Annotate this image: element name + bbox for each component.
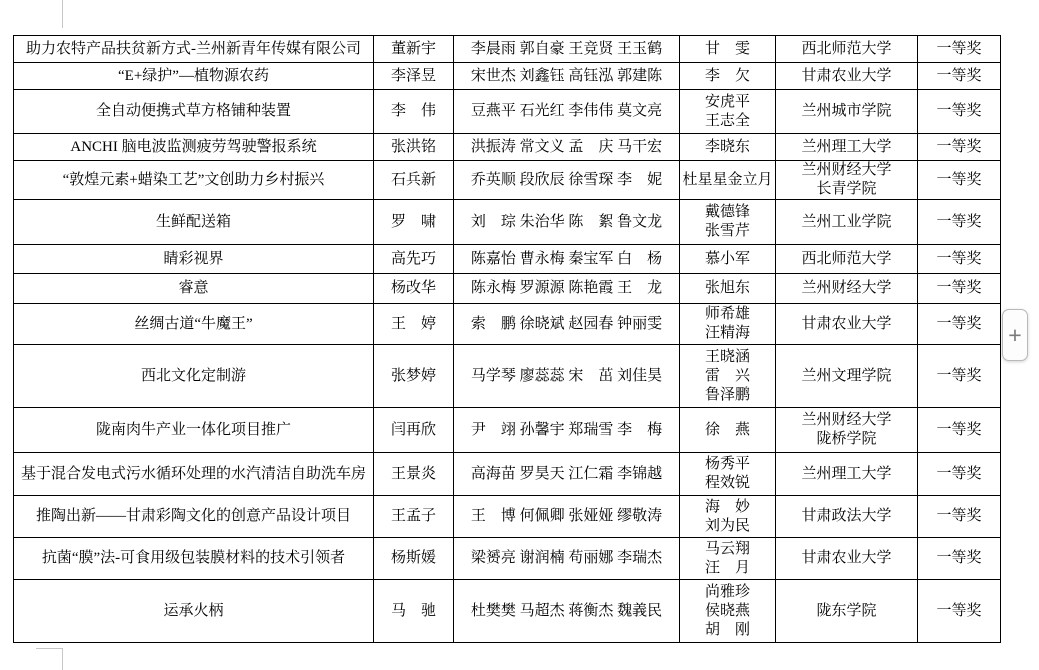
members-cell[interactable]: 洪振涛 常文义 孟 庆 马干宏: [454, 134, 680, 161]
advisors-cell[interactable]: 慕小军: [680, 245, 776, 274]
project-cell[interactable]: 基于混合发电式污水循环处理的水汽清洁自助洗车房: [14, 453, 374, 496]
text-boundary-mark-top: [62, 0, 63, 28]
members-cell[interactable]: 梁赟亮 谢润楠 苟丽娜 李瑞杰: [454, 538, 680, 580]
table-row: 生鲜配送箱罗 啸刘 琮 朱治华 陈 絮 鲁文龙戴德锋 张雪芹兰州工业学院一等奖: [14, 200, 1001, 245]
project-cell[interactable]: 生鲜配送箱: [14, 200, 374, 245]
advisors-cell[interactable]: 王晓涵 雷 兴 鲁泽鹏: [680, 345, 776, 408]
leader-cell[interactable]: 马 驰: [374, 580, 454, 643]
university-cell[interactable]: 兰州文理学院: [776, 345, 918, 408]
award-cell[interactable]: 一等奖: [918, 580, 1001, 643]
university-cell[interactable]: 甘肃农业大学: [776, 63, 918, 90]
award-cell[interactable]: 一等奖: [918, 245, 1001, 274]
table-row: 运承火柄马 驰杜樊樊 马超杰 蒋衡杰 魏義民尚雅珍 侯晓燕 胡 刚陇东学院一等奖: [14, 580, 1001, 643]
leader-cell[interactable]: 李 伟: [374, 90, 454, 134]
leader-cell[interactable]: 闫再欣: [374, 408, 454, 453]
leader-cell[interactable]: 王孟子: [374, 496, 454, 538]
table-row: 抗菌“膜”法-可食用级包装膜材料的技术引领者杨斯媛梁赟亮 谢润楠 苟丽娜 李瑞杰…: [14, 538, 1001, 580]
members-cell[interactable]: 陈嘉怡 曹永梅 秦宝军 白 杨: [454, 245, 680, 274]
university-cell[interactable]: 甘肃农业大学: [776, 304, 918, 345]
award-cell[interactable]: 一等奖: [918, 134, 1001, 161]
members-cell[interactable]: 李晨雨 郭自豪 王竞贤 王玉鹤: [454, 36, 680, 63]
advisors-cell[interactable]: 安虎平 王志全: [680, 90, 776, 134]
leader-cell[interactable]: 王景炎: [374, 453, 454, 496]
project-cell[interactable]: 推陶出新——甘肃彩陶文化的创意产品设计项目: [14, 496, 374, 538]
university-cell[interactable]: 甘肃农业大学: [776, 538, 918, 580]
project-cell[interactable]: 睿意: [14, 274, 374, 304]
advisors-cell[interactable]: 李晓东: [680, 134, 776, 161]
university-cell[interactable]: 陇东学院: [776, 580, 918, 643]
university-cell[interactable]: 兰州财经大学: [776, 274, 918, 304]
project-cell[interactable]: 运承火柄: [14, 580, 374, 643]
table-row: 丝绸古道“牛魔王”王 婷索 鹏 徐晓斌 赵园春 钟丽雯师希雄 汪精海甘肃农业大学…: [14, 304, 1001, 345]
leader-cell[interactable]: 石兵新: [374, 161, 454, 200]
university-cell[interactable]: 兰州财经大学 长青学院: [776, 161, 918, 200]
award-cell[interactable]: 一等奖: [918, 63, 1001, 90]
project-cell[interactable]: 西北文化定制游: [14, 345, 374, 408]
leader-cell[interactable]: 张梦婷: [374, 345, 454, 408]
university-cell[interactable]: 兰州城市学院: [776, 90, 918, 134]
project-cell[interactable]: 丝绸古道“牛魔王”: [14, 304, 374, 345]
plus-icon: +: [1008, 322, 1021, 349]
table-row: “敦煌元素+蜡染工艺”文创助力乡村振兴石兵新乔英顺 段欣辰 徐雪琛 李 妮杜星星…: [14, 161, 1001, 200]
university-cell[interactable]: 西北师范大学: [776, 245, 918, 274]
project-cell[interactable]: 陇南肉牛产业一体化项目推广: [14, 408, 374, 453]
award-cell[interactable]: 一等奖: [918, 200, 1001, 245]
advisors-cell[interactable]: 杨秀平 程效锐: [680, 453, 776, 496]
award-cell[interactable]: 一等奖: [918, 161, 1001, 200]
document-page: 助力农特产品扶贫新方式-兰州新青年传媒有限公司董新宇李晨雨 郭自豪 王竞贤 王玉…: [0, 0, 1039, 670]
advisors-cell[interactable]: 戴德锋 张雪芹: [680, 200, 776, 245]
members-cell[interactable]: 王 博 何佩卿 张娅娅 缪敬涛: [454, 496, 680, 538]
table-row: 陇南肉牛产业一体化项目推广闫再欣尹 翊 孙馨宇 郑瑞雪 李 梅徐 燕兰州财经大学…: [14, 408, 1001, 453]
leader-cell[interactable]: 高先巧: [374, 245, 454, 274]
leader-cell[interactable]: 王 婷: [374, 304, 454, 345]
award-cell[interactable]: 一等奖: [918, 274, 1001, 304]
leader-cell[interactable]: 张洪铭: [374, 134, 454, 161]
table-row: 睛彩视界高先巧陈嘉怡 曹永梅 秦宝军 白 杨慕小军西北师范大学一等奖: [14, 245, 1001, 274]
members-cell[interactable]: 宋世杰 刘鑫钰 高钰泓 郭建陈: [454, 63, 680, 90]
members-cell[interactable]: 马学琴 廖蕊蕊 宋 茁 刘佳昊: [454, 345, 680, 408]
award-cell[interactable]: 一等奖: [918, 408, 1001, 453]
advisors-cell[interactable]: 尚雅珍 侯晓燕 胡 刚: [680, 580, 776, 643]
members-cell[interactable]: 豆燕平 石光红 李伟伟 莫文亮: [454, 90, 680, 134]
margin-corner-mark: [62, 648, 63, 670]
award-cell[interactable]: 一等奖: [918, 496, 1001, 538]
table-row: 西北文化定制游张梦婷马学琴 廖蕊蕊 宋 茁 刘佳昊王晓涵 雷 兴 鲁泽鹏兰州文理…: [14, 345, 1001, 408]
award-cell[interactable]: 一等奖: [918, 304, 1001, 345]
university-cell[interactable]: 兰州财经大学 陇桥学院: [776, 408, 918, 453]
advisors-cell[interactable]: 杜星星金立月: [680, 161, 776, 200]
university-cell[interactable]: 兰州理工大学: [776, 453, 918, 496]
project-cell[interactable]: 抗菌“膜”法-可食用级包装膜材料的技术引领者: [14, 538, 374, 580]
award-cell[interactable]: 一等奖: [918, 453, 1001, 496]
university-cell[interactable]: 兰州理工大学: [776, 134, 918, 161]
leader-cell[interactable]: 罗 啸: [374, 200, 454, 245]
table-row: 全自动便携式草方格铺种装置李 伟豆燕平 石光红 李伟伟 莫文亮安虎平 王志全兰州…: [14, 90, 1001, 134]
advisors-cell[interactable]: 徐 燕: [680, 408, 776, 453]
table-row: 睿意杨改华陈永梅 罗源源 陈艳霞 王 龙张旭东兰州财经大学一等奖: [14, 274, 1001, 304]
award-cell[interactable]: 一等奖: [918, 36, 1001, 63]
university-cell[interactable]: 西北师范大学: [776, 36, 918, 63]
advisors-cell[interactable]: 马云翔 汪 月: [680, 538, 776, 580]
project-cell[interactable]: 助力农特产品扶贫新方式-兰州新青年传媒有限公司: [14, 36, 374, 63]
awards-table: 助力农特产品扶贫新方式-兰州新青年传媒有限公司董新宇李晨雨 郭自豪 王竞贤 王玉…: [13, 35, 1001, 643]
advisors-cell[interactable]: 李 欠: [680, 63, 776, 90]
project-cell[interactable]: 全自动便携式草方格铺种装置: [14, 90, 374, 134]
margin-corner-mark: [36, 648, 63, 649]
award-cell[interactable]: 一等奖: [918, 538, 1001, 580]
members-cell[interactable]: 陈永梅 罗源源 陈艳霞 王 龙: [454, 274, 680, 304]
leader-cell[interactable]: 杨改华: [374, 274, 454, 304]
advisors-cell[interactable]: 张旭东: [680, 274, 776, 304]
award-cell[interactable]: 一等奖: [918, 90, 1001, 134]
university-cell[interactable]: 甘肃政法大学: [776, 496, 918, 538]
members-cell[interactable]: 索 鹏 徐晓斌 赵园春 钟丽雯: [454, 304, 680, 345]
members-cell[interactable]: 杜樊樊 马超杰 蒋衡杰 魏義民: [454, 580, 680, 643]
members-cell[interactable]: 乔英顺 段欣辰 徐雪琛 李 妮: [454, 161, 680, 200]
project-cell[interactable]: ANCHI 脑电波监测疲劳驾驶警报系统: [14, 134, 374, 161]
award-cell[interactable]: 一等奖: [918, 345, 1001, 408]
university-cell[interactable]: 兰州工业学院: [776, 200, 918, 245]
leader-cell[interactable]: 杨斯媛: [374, 538, 454, 580]
leader-cell[interactable]: 董新宇: [374, 36, 454, 63]
members-cell[interactable]: 刘 琮 朱治华 陈 絮 鲁文龙: [454, 200, 680, 245]
project-cell[interactable]: “敦煌元素+蜡染工艺”文创助力乡村振兴: [14, 161, 374, 200]
table-row: 推陶出新——甘肃彩陶文化的创意产品设计项目王孟子王 博 何佩卿 张娅娅 缪敬涛海…: [14, 496, 1001, 538]
members-cell[interactable]: 高海苗 罗昊天 江仁霜 李锦越: [454, 453, 680, 496]
project-cell[interactable]: 睛彩视界: [14, 245, 374, 274]
advisors-cell[interactable]: 甘 雯: [680, 36, 776, 63]
table-row: ANCHI 脑电波监测疲劳驾驶警报系统张洪铭洪振涛 常文义 孟 庆 马干宏李晓东…: [14, 134, 1001, 161]
quick-add-button[interactable]: +: [1002, 309, 1028, 361]
members-cell[interactable]: 尹 翊 孙馨宇 郑瑞雪 李 梅: [454, 408, 680, 453]
advisors-cell[interactable]: 师希雄 汪精海: [680, 304, 776, 345]
leader-cell[interactable]: 李泽昱: [374, 63, 454, 90]
table-row: 基于混合发电式污水循环处理的水汽清洁自助洗车房王景炎高海苗 罗昊天 江仁霜 李锦…: [14, 453, 1001, 496]
advisors-cell[interactable]: 海 妙 刘为民: [680, 496, 776, 538]
project-cell[interactable]: “E+绿护”—植物源农药: [14, 63, 374, 90]
table-row: “E+绿护”—植物源农药李泽昱宋世杰 刘鑫钰 高钰泓 郭建陈李 欠甘肃农业大学一…: [14, 63, 1001, 90]
table-row: 助力农特产品扶贫新方式-兰州新青年传媒有限公司董新宇李晨雨 郭自豪 王竞贤 王玉…: [14, 36, 1001, 63]
